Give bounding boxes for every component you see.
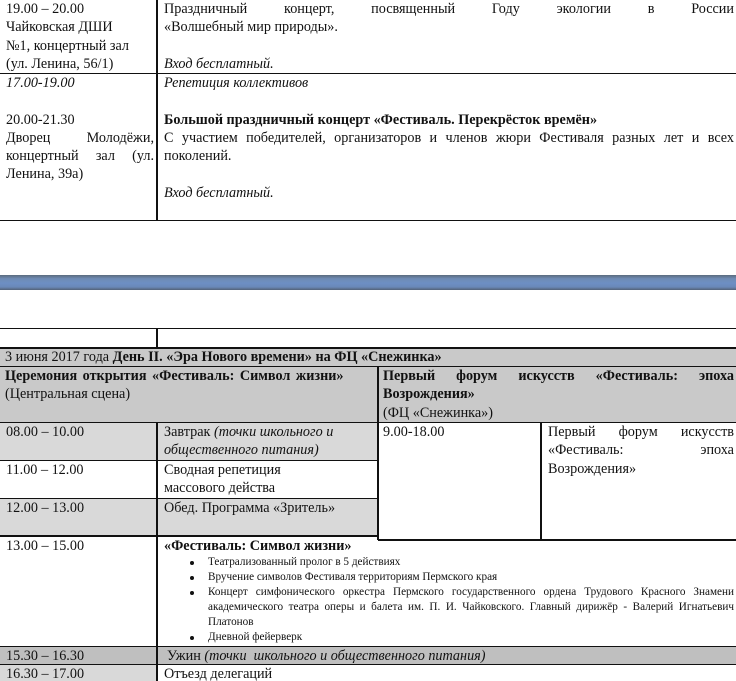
top-row2-left: 17.00-19.00 20.00-21.30 Дворец Молодёжи,… (0, 74, 157, 220)
forum-time: 9.00-18.00 (378, 423, 540, 540)
table-border (0, 664, 736, 666)
table-border (156, 0, 158, 221)
table-border (0, 460, 378, 462)
event-label: Ужин (167, 648, 201, 664)
rehearsal-label: Репетиция коллективов (164, 74, 734, 92)
forum-header-venue: (ФЦ «Снежинка») (383, 404, 734, 422)
schedule-row-time: 12.00 – 13.00 (0, 499, 157, 535)
departure-event: Отъезд делегаций (158, 665, 736, 681)
ceremony-items: Театрализованный пролог в 5 действиях Вр… (164, 555, 734, 645)
table-border (156, 422, 158, 536)
schedule-row-event: Обед. Программа «Зритель» (158, 499, 377, 535)
event-label: Завтрак (164, 424, 210, 440)
day-header: 3 июня 2017 года День II. «Эра Нового вр… (0, 348, 736, 366)
ceremony-item: Театрализованный пролог в 5 действиях (164, 555, 734, 570)
event-note: (точки школьного и общественного питания… (204, 648, 485, 664)
schedule-row-event: Сводная репетиция массового действа (158, 461, 377, 498)
event-label: Сводная репетиция массового действа (164, 462, 281, 496)
top-row2-right: Репетиция коллективов Большой праздничны… (158, 74, 736, 220)
forum-header-title: Первый форум искусств «Фестиваль: эпоха … (383, 367, 734, 404)
ceremony-header-venue: (Центральная сцена) (5, 385, 371, 403)
forum-event: Первый форум искусств «Фестиваль: эпоха … (541, 423, 736, 540)
table-border (0, 535, 378, 537)
time-label: 13.00 – 15.00 (6, 538, 84, 554)
concert-title: Большой праздничный концерт «Фестиваль. … (164, 111, 734, 129)
top-row1-right: Праздничный концерт, посвященный Году эк… (158, 0, 736, 73)
event-title-line: Праздничный концерт, посвященный Году эк… (164, 0, 734, 18)
schedule-row-time: 11.00 – 12.00 (0, 461, 157, 498)
ceremony-header: Церемония открытия «Фестиваль: Символ жи… (0, 367, 377, 422)
ceremony-program: «Фестиваль: Символ жизни» Театрализованн… (158, 537, 736, 646)
ceremony-item: Дневной фейерверк (164, 630, 734, 645)
time-label: 16.30 – 17.00 (6, 666, 84, 681)
dinner-event: Ужин (точки школьного и общественного пи… (158, 647, 736, 664)
entry-note: Вход бесплатный. (164, 55, 734, 73)
entry-note: Вход бесплатный. (164, 184, 734, 202)
time-label: 12.00 – 13.00 (6, 500, 84, 516)
schedule-row-event: Завтрак (точки школьного и общественного… (158, 423, 377, 460)
event-title-line: «Волшебный мир природы». (164, 18, 734, 36)
dinner-time: 15.30 – 16.30 (0, 647, 157, 664)
event-label: Первый форум искусств «Фестиваль: эпоха … (548, 423, 734, 478)
time-label: 15.30 – 16.30 (6, 648, 84, 664)
table-border (0, 347, 736, 349)
rehearsal-time: 17.00-19.00 (6, 74, 154, 92)
time-venue-line: №1, концертный зал (6, 37, 157, 55)
time-venue-line: (ул. Ленина, 56/1) (6, 55, 157, 73)
ceremony-header-title: Церемония открытия «Фестиваль: Символ жи… (5, 367, 371, 385)
time-venue-line: Чайковская ДШИ (6, 18, 157, 36)
ceremony-time: 13.00 – 15.00 (0, 537, 157, 646)
time-venue-line: 19.00 – 20.00 (6, 0, 157, 18)
ceremony-item: Концерт симфонического оркестра Пермског… (164, 585, 734, 630)
table-border (0, 498, 378, 500)
table-border (0, 422, 736, 424)
top-row1-left: 19.00 – 20.00 Чайковская ДШИ №1, концерт… (0, 0, 157, 73)
forum-header: Первый форум искусств «Фестиваль: эпоха … (378, 367, 736, 422)
table-border (0, 220, 736, 222)
table-border (0, 366, 736, 368)
table-border (0, 328, 736, 330)
time-label: 9.00-18.00 (383, 424, 444, 440)
table-border (0, 73, 736, 75)
day-date: 3 июня 2017 года (5, 349, 109, 365)
table-border (0, 646, 736, 648)
table-border (540, 422, 542, 540)
event-label: Обед. Программа «Зритель» (164, 500, 335, 516)
table-border (377, 366, 379, 540)
table-border (378, 539, 736, 541)
event-label: Отъезд делегаций (164, 666, 272, 681)
departure-time: 16.30 – 17.00 (0, 665, 157, 681)
schedule-row-time: 08.00 – 10.00 (0, 423, 157, 460)
concert-description: С участием победителей, организаторов и … (164, 129, 734, 166)
table-border (156, 328, 158, 348)
table-border (156, 536, 158, 681)
day-title: День II. «Эра Нового времени» на ФЦ «Сне… (113, 349, 442, 365)
ceremony-item: Вручение символов Фестиваля территориям … (164, 570, 734, 585)
time-label: 11.00 – 12.00 (6, 462, 84, 478)
concert-time: 20.00-21.30 (6, 111, 154, 129)
concert-venue: Дворец Молодёжи, концертный зал (ул. Лен… (6, 129, 154, 184)
page-break-separator (0, 275, 736, 290)
time-label: 08.00 – 10.00 (6, 424, 84, 440)
